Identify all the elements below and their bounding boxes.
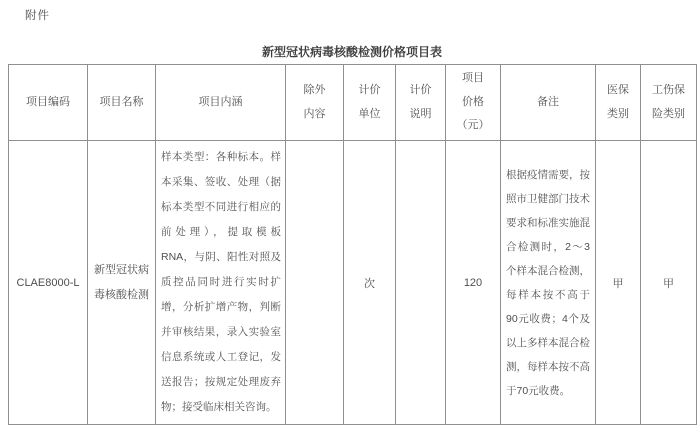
- header-remarks: 备注: [501, 65, 596, 141]
- table-header-row: 项目编码 项目名称 项目内涵 除外 内容 计价 单位 计价 说明 项目 价格 （…: [9, 65, 697, 141]
- cell-remarks: 根据疫情需要，按照市卫健部门技术要求和标准实施混合检测时，2～3个样本混合检测，…: [501, 141, 596, 425]
- cell-medical-insurance-category: 甲: [596, 141, 641, 425]
- header-pricing-note: 计价 说明: [396, 65, 446, 141]
- header-item-content: 项目内涵: [156, 65, 286, 141]
- table-title: 新型冠状病毒核酸检测价格项目表: [8, 43, 696, 60]
- cell-item-name: 新型冠状病毒核酸检测: [88, 141, 156, 425]
- header-medical-insurance-category: 医保 类别: [596, 65, 641, 141]
- header-work-injury-insurance-category: 工伤保 险类别: [641, 65, 697, 141]
- cell-item-content: 样本类型：各种标本。样本采集、签收、处理（据标本类型不同进行相应的前处理），提取…: [156, 141, 286, 425]
- cell-excluded-content: [286, 141, 344, 425]
- cell-work-injury-insurance-category: 甲: [641, 141, 697, 425]
- cell-item-price: 120: [446, 141, 501, 425]
- cell-pricing-unit: 次: [344, 141, 396, 425]
- header-item-code: 项目编码: [9, 65, 88, 141]
- header-item-name: 项目名称: [88, 65, 156, 141]
- cell-item-code: CLAE8000-L: [9, 141, 88, 425]
- attachment-label: 附件: [25, 7, 50, 23]
- header-pricing-unit: 计价 单位: [344, 65, 396, 141]
- header-item-price: 项目 价格 （元）: [446, 65, 501, 141]
- cell-pricing-note: [396, 141, 446, 425]
- header-excluded-content: 除外 内容: [286, 65, 344, 141]
- table-row: CLAE8000-L 新型冠状病毒核酸检测 样本类型：各种标本。样本采集、签收、…: [9, 141, 697, 425]
- price-table: 项目编码 项目名称 项目内涵 除外 内容 计价 单位 计价 说明 项目 价格 （…: [8, 64, 697, 425]
